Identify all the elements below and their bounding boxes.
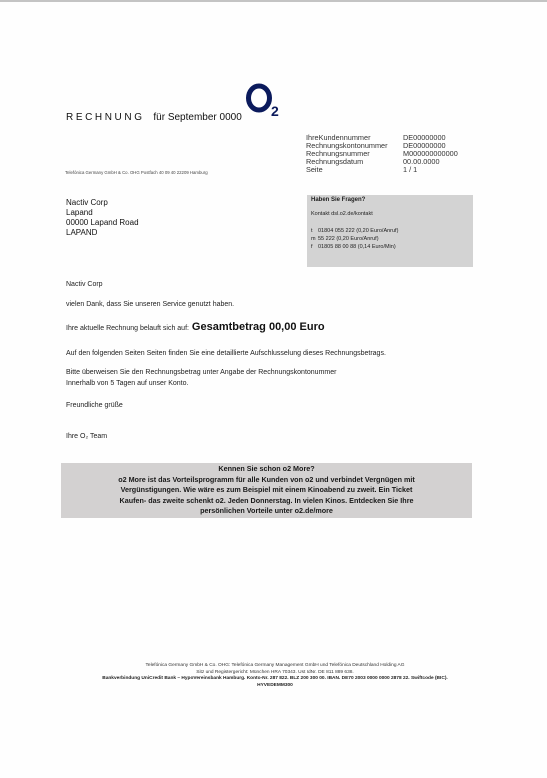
invoice-title-caps: RECHNUNG <box>66 112 145 123</box>
contact-fax: f01805 88 00 88 (0,14 Euro/Min) <box>311 243 398 251</box>
recipient-address: Nactiv Corp Lapand 00000 Lapand Road LAP… <box>66 198 139 238</box>
promo-heading: Kennen Sie schon o2 More? <box>61 464 472 475</box>
contact-phone-number: 01804 055 222 (0,20 Euro/Anruf) <box>318 228 398 234</box>
promo-line: Kaufen- das zweite schenkt o2. Jeden Don… <box>61 496 472 507</box>
letter-details: Auf den folgenden Seiten Seiten finden S… <box>66 350 386 357</box>
letter-thanks: vielen Dank, dass Sie unseren Service ge… <box>66 301 234 308</box>
o2-logo-subscript: 2 <box>271 103 279 119</box>
meta-value: 1 / 1 <box>403 166 417 174</box>
o2-more-promo: Kennen Sie schon o2 More? o2 More ist da… <box>61 463 472 518</box>
fax-icon: f <box>311 243 318 251</box>
address-line: Nactiv Corp <box>66 198 139 208</box>
meta-row: Rechnungsdatum00.00.0000 <box>306 158 458 166</box>
letter-signature: Ihre O₂ Team <box>66 433 107 440</box>
letter-payment-line-2: Innerhalb von 5 Tagen auf unser Konto. <box>66 380 188 387</box>
promo-line: o2 More ist das Vorteilsprogramm für all… <box>61 475 472 486</box>
contact-box: Haben Sie Fragen? Kontakt dsl.o2.de/kont… <box>307 195 473 267</box>
sender-line: Telefónica Germany GmbH & Co. OHG Postfa… <box>65 170 208 175</box>
footer-bic-line: HYVEDEMM300 <box>70 683 480 690</box>
meta-row: Seite1 / 1 <box>306 166 458 174</box>
footer-bank-line: Bankverbindung UniCredit Bank – HypoVere… <box>70 676 480 683</box>
meta-label: Seite <box>306 166 403 174</box>
total-prefix: Ihre aktuelle Rechnung belauft sich auf: <box>66 325 189 332</box>
promo-line: Vergünstigungen. Wie wäre es zum Beispie… <box>61 485 472 496</box>
address-line: 00000 Lapand Road <box>66 218 139 228</box>
address-line: Lapand <box>66 208 139 218</box>
letter-salutation: Nactiv Corp <box>66 281 103 288</box>
contact-lines: t01804 055 222 (0,20 Euro/Anruf) m55 222… <box>311 227 398 251</box>
invoice-meta: IhreKundennummerDE00000000Rechnungskonto… <box>306 134 458 174</box>
letter-payment-line-1: Bitte überweisen Sie den Rechnungsbetrag… <box>66 369 336 376</box>
contact-mobile-number: 55 222 (0,20 Euro/Anruf) <box>318 236 379 242</box>
total-amount: Gesamtbetrag 00,00 Euro <box>192 321 325 333</box>
phone-icon: t <box>311 227 318 235</box>
address-line: LAPAND <box>66 228 139 238</box>
invoice-title-month: für September 0000 <box>153 112 241 123</box>
contact-phone: t01804 055 222 (0,20 Euro/Anruf) <box>311 227 398 235</box>
contact-mobile: m55 222 (0,20 Euro/Anruf) <box>311 235 398 243</box>
o2-logo-icon: 2 <box>244 80 284 120</box>
contact-heading: Haben Sie Fragen? <box>311 197 365 203</box>
letter-closing: Freundliche grüße <box>66 402 123 409</box>
promo-line: persönlichen Vorteile unter o2.de/more <box>61 506 472 517</box>
footer-line: Telefónica Germany GmbH & Co. OHG: Telef… <box>70 663 480 670</box>
legal-footer: Telefónica Germany GmbH & Co. OHG: Telef… <box>70 663 480 689</box>
invoice-title: RECHNUNG für September 0000 <box>66 112 242 123</box>
letter-total: Ihre aktuelle Rechnung belauft sich auf:… <box>66 321 325 333</box>
contact-link[interactable]: Kontakt dsl.o2.de/kontakt <box>311 211 373 217</box>
page-top-border <box>0 0 547 2</box>
contact-fax-number: 01805 88 00 88 (0,14 Euro/Min) <box>318 244 396 250</box>
mobile-icon: m <box>311 235 318 243</box>
